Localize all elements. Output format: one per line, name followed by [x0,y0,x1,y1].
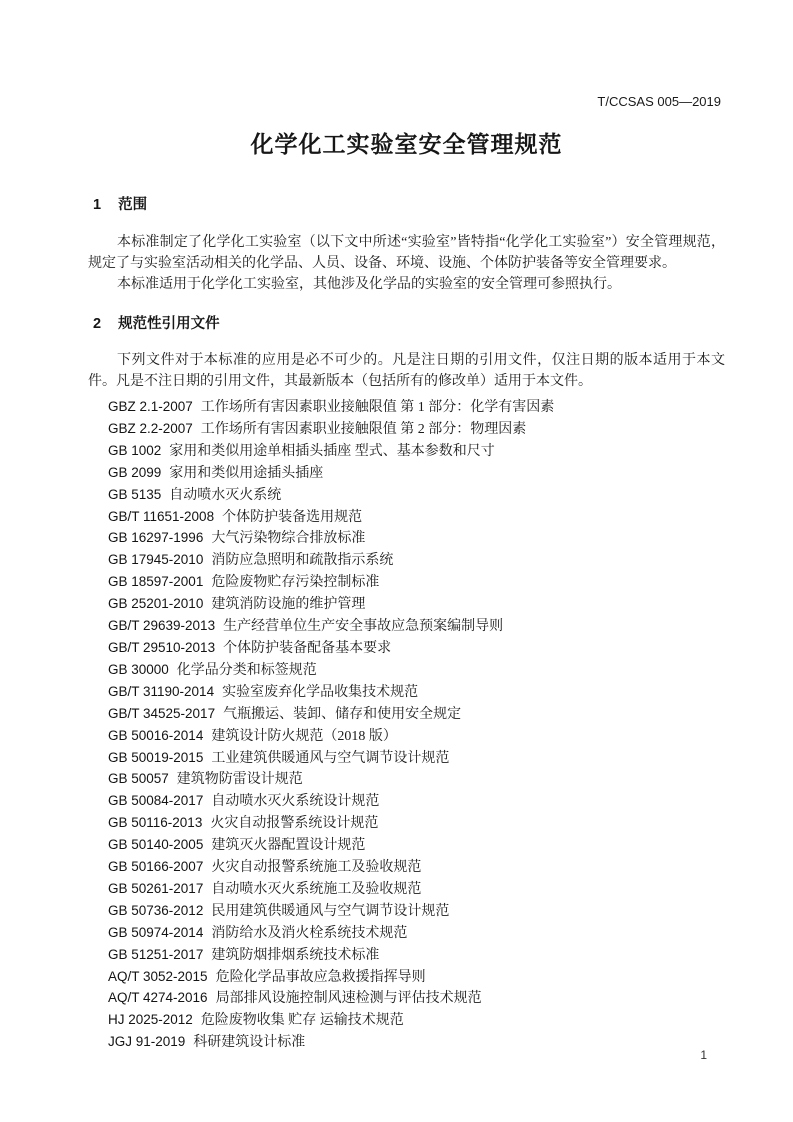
reference-code: GB 17945-2010 [108,552,203,567]
document-ref-number: T/CCSAS 005—2019 [597,94,721,109]
reference-title: 自动喷水灭火系统 [169,488,281,503]
reference-item: AQ/T 3052-2015危险化学品事故应急救援指挥导则 [108,967,725,989]
reference-title: 生产经营单位生产安全事故应急预案编制导则 [223,619,503,634]
reference-item: GB 16297-1996大气污染物综合排放标准 [108,528,725,550]
reference-code: GB 50016-2014 [108,728,203,743]
reference-title: 气瓶搬运、装卸、储存和使用安全规定 [223,707,461,722]
document-page: T/CCSAS 005—2019 化学化工实验室安全管理规范 1 范围 本标准制… [0,0,793,1122]
reference-item: GB/T 31190-2014实验室废弃化学品收集技术规范 [108,682,725,704]
reference-title: 自动喷水灭火系统设计规范 [211,794,379,809]
reference-code: GB 30000 [108,662,169,677]
reference-item: GB 50057建筑物防雷设计规范 [108,769,725,791]
reference-title: 科研建筑设计标准 [193,1035,305,1050]
reference-item: GB/T 29510-2013个体防护装备配备基本要求 [108,638,725,660]
reference-code: GB 50057 [108,771,169,786]
reference-title: 建筑防烟排烟系统技术标准 [211,948,379,963]
reference-title: 危险废物贮存污染控制标准 [211,575,379,590]
reference-title: 个体防护装备选用规范 [222,510,362,525]
reference-item: GB 50084-2017自动喷水灭火系统设计规范 [108,791,725,813]
reference-code: GB 50019-2015 [108,750,203,765]
reference-title: 火灾自动报警系统施工及验收规范 [211,860,421,875]
reference-code: GB/T 31190-2014 [108,684,214,699]
reference-item: GB/T 29639-2013生产经营单位生产安全事故应急预案编制导则 [108,616,725,638]
reference-item: GB 18597-2001危险废物贮存污染控制标准 [108,572,725,594]
reference-item: GB 50261-2017自动喷水灭火系统施工及验收规范 [108,879,725,901]
references-intro: 下列文件对于本标准的应用是必不可少的。凡是注日期的引用文件，仅注日期的版本适用于… [88,350,725,392]
reference-title: 建筑物防雷设计规范 [177,772,303,787]
scope-paragraph-2: 本标准适用于化学化工实验室，其他涉及化学品的实验室的安全管理可参照执行。 [88,274,725,295]
reference-code: GB 50084-2017 [108,793,203,808]
scope-paragraph-1: 本标准制定了化学化工实验室（以下文中所述“实验室”皆特指“化学化工实验室”）安全… [88,232,725,274]
reference-code: GB/T 29510-2013 [108,640,215,655]
reference-item: GB 51251-2017建筑防烟排烟系统技术标准 [108,945,725,967]
reference-title: 自动喷水灭火系统施工及验收规范 [211,882,421,897]
reference-item: GB 50140-2005建筑灭火器配置设计规范 [108,835,725,857]
reference-title: 实验室废弃化学品收集技术规范 [222,685,418,700]
reference-title: 消防给水及消火栓系统技术规范 [211,926,407,941]
reference-item: GBZ 2.1-2007工作场所有害因素职业接触限值 第 1 部分：化学有害因素 [108,397,725,419]
reference-title: 建筑设计防火规范（2018 版） [211,729,397,744]
reference-title: 工作场所有害因素职业接触限值 第 1 部分：化学有害因素 [201,400,555,415]
reference-title: 民用建筑供暖通风与空气调节设计规范 [211,904,449,919]
reference-code: GB/T 11651-2008 [108,509,214,524]
reference-title: 局部排风设施控制风速检测与评估技术规范 [216,991,482,1006]
reference-code: GB 50736-2012 [108,903,203,918]
reference-title: 火灾自动报警系统设计规范 [210,816,378,831]
reference-code: GB 16297-1996 [108,530,203,545]
reference-code: GB 50974-2014 [108,925,203,940]
reference-code: GB/T 34525-2017 [108,706,215,721]
reference-title: 家用和类似用途单相插头插座 型式、基本参数和尺寸 [169,444,495,459]
reference-item: GB 5135自动喷水灭火系统 [108,485,725,507]
reference-item: JGJ 91-2019科研建筑设计标准 [108,1032,725,1054]
reference-title: 消防应急照明和疏散指示系统 [211,553,393,568]
reference-code: AQ/T 3052-2015 [108,969,208,984]
reference-code: GB 25201-2010 [108,596,203,611]
reference-code: GB 50140-2005 [108,837,203,852]
reference-code: GB 18597-2001 [108,574,203,589]
reference-item: GB 30000化学品分类和标签规范 [108,660,725,682]
section-2-number: 2 [93,315,101,334]
reference-item: GB 25201-2010建筑消防设施的维护管理 [108,594,725,616]
section-1-number: 1 [93,196,101,215]
reference-item: GB 50166-2007火灾自动报警系统施工及验收规范 [108,857,725,879]
reference-code: GB/T 29639-2013 [108,618,215,633]
reference-code: GB 5135 [108,487,161,502]
reference-item: GB 1002家用和类似用途单相插头插座 型式、基本参数和尺寸 [108,441,725,463]
reference-item: GB 50016-2014建筑设计防火规范（2018 版） [108,726,725,748]
reference-item: GB 50974-2014消防给水及消火栓系统技术规范 [108,923,725,945]
reference-title: 家用和类似用途插头插座 [169,466,323,481]
reference-item: AQ/T 4274-2016局部排风设施控制风速检测与评估技术规范 [108,988,725,1010]
reference-code: GB 50261-2017 [108,881,203,896]
reference-title: 大气污染物综合排放标准 [211,531,365,546]
reference-code: GB 50166-2007 [108,859,203,874]
reference-item: GB 17945-2010消防应急照明和疏散指示系统 [108,550,725,572]
reference-item: HJ 2025-2012危险废物收集 贮存 运输技术规范 [108,1010,725,1032]
reference-list: GBZ 2.1-2007工作场所有害因素职业接触限值 第 1 部分：化学有害因素… [88,397,725,1054]
section-2-title: 规范性引用文件 [118,316,220,332]
reference-code: GB 50116-2013 [108,815,202,830]
reference-code: GBZ 2.1-2007 [108,399,193,414]
reference-item: GBZ 2.2-2007工作场所有害因素职业接触限值 第 2 部分：物理因素 [108,419,725,441]
reference-item: GB 2099家用和类似用途插头插座 [108,463,725,485]
reference-code: HJ 2025-2012 [108,1012,193,1027]
reference-item: GB/T 34525-2017气瓶搬运、装卸、储存和使用安全规定 [108,704,725,726]
page-number: 1 [700,1048,707,1062]
reference-item: GB/T 11651-2008个体防护装备选用规范 [108,507,725,529]
reference-item: GB 50736-2012民用建筑供暖通风与空气调节设计规范 [108,901,725,923]
section-1-heading: 1 范围 [93,196,725,215]
reference-title: 工作场所有害因素职业接触限值 第 2 部分：物理因素 [201,422,527,437]
reference-code: JGJ 91-2019 [108,1034,185,1049]
reference-title: 化学品分类和标签规范 [177,663,317,678]
reference-code: GBZ 2.2-2007 [108,421,193,436]
document-title: 化学化工实验室安全管理规范 [88,126,725,159]
reference-title: 建筑消防设施的维护管理 [211,597,365,612]
reference-code: AQ/T 4274-2016 [108,990,208,1005]
reference-title: 危险废物收集 贮存 运输技术规范 [201,1013,404,1028]
reference-title: 个体防护装备配备基本要求 [223,641,391,656]
section-1-title: 范围 [118,197,147,213]
reference-code: GB 51251-2017 [108,947,203,962]
reference-item: GB 50019-2015工业建筑供暖通风与空气调节设计规范 [108,748,725,770]
reference-item: GB 50116-2013火灾自动报警系统设计规范 [108,813,725,835]
reference-title: 危险化学品事故应急救援指挥导则 [216,970,426,985]
reference-title: 建筑灭火器配置设计规范 [211,838,365,853]
reference-title: 工业建筑供暖通风与空气调节设计规范 [211,751,449,766]
section-2-heading: 2 规范性引用文件 [93,315,725,334]
reference-code: GB 2099 [108,465,161,480]
document-body: 1 范围 本标准制定了化学化工实验室（以下文中所述“实验室”皆特指“化学化工实验… [88,196,725,1054]
reference-code: GB 1002 [108,443,161,458]
